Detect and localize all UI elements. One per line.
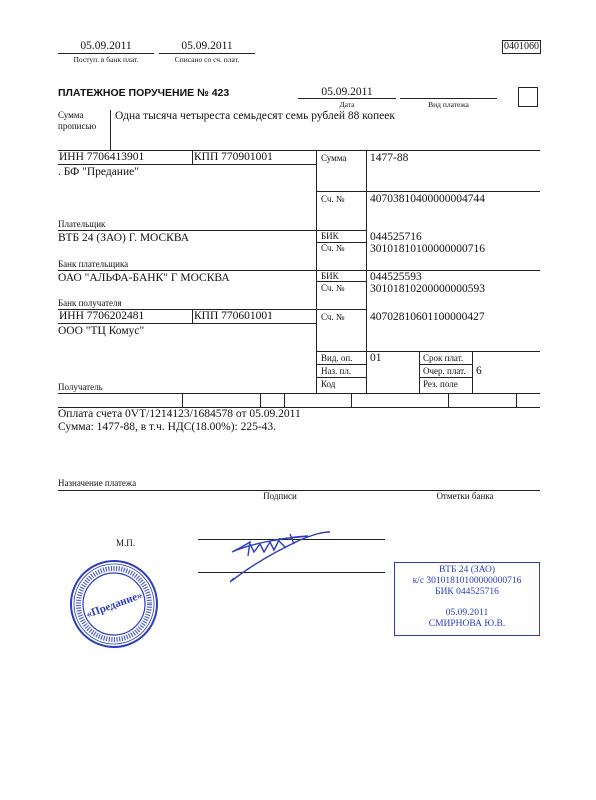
amount-value: 1477-88 — [370, 152, 408, 165]
bank-stamp-line-2: к/с 30101810100000000716 — [395, 576, 539, 587]
payer-account: 40703810400000004744 — [370, 193, 485, 206]
op-type-label: Вид. оп. — [321, 353, 352, 364]
payer-bank-account: 30101810100000000716 — [370, 243, 485, 256]
reserve-label: Рез. поле — [423, 379, 458, 390]
grid-line — [58, 164, 316, 165]
bank-stamp-line-3: БИК 044525716 — [395, 587, 539, 598]
grid-line — [419, 351, 420, 393]
seal-label: М.П. — [116, 538, 135, 549]
payee-inn: ИНН 7706202481 — [59, 310, 144, 323]
bank-stamp-line-4: 05.09.2011 — [395, 608, 539, 619]
payer-kpp: КПП 770901001 — [194, 151, 273, 164]
purpose-line-1: Оплата счета 0VT/1214123/1684578 от 05.0… — [58, 408, 301, 421]
grid-line — [316, 150, 317, 393]
seal-text: «Предание» — [85, 589, 145, 620]
grid-line — [516, 393, 517, 407]
grid-line — [192, 150, 193, 164]
divider — [400, 98, 497, 99]
grid-line — [472, 351, 473, 393]
payee-account-label: Сч. № — [321, 312, 345, 323]
amount-words-label-1: Сумма — [58, 110, 83, 121]
payer-label: Плательщик — [58, 219, 105, 230]
grid-line — [58, 270, 540, 271]
payee-bank-label: Банк получателя — [58, 298, 122, 309]
payer-bank-label: Банк плательщика — [58, 259, 128, 270]
signature-icon — [220, 530, 340, 590]
grid-line — [316, 191, 540, 192]
payer-inn: ИНН 7706413901 — [59, 151, 144, 164]
divider — [159, 53, 255, 54]
amount-words-label-2: прописью — [58, 121, 96, 132]
payee-bank-name: ОАО "АЛЬФА-БАНК" Г МОСКВА — [58, 272, 230, 285]
debited-label: Списано со сч. плат. — [159, 55, 255, 64]
bank-stamp-line-1: ВТБ 24 (ЗАО) — [395, 565, 539, 576]
grid-line — [448, 393, 449, 407]
grid-line — [419, 377, 472, 378]
grid-line — [366, 150, 367, 393]
bank-marks-label: Отметки банка — [420, 491, 510, 502]
priority-label: Очер. плат. — [423, 366, 466, 377]
payee-bik-label: БИК — [321, 271, 339, 282]
priority: 6 — [476, 365, 482, 378]
grid-line — [58, 323, 316, 324]
checkbox-square — [518, 87, 538, 107]
form-code: 0401060 — [502, 40, 541, 54]
payee-label: Получатель — [58, 382, 103, 393]
divider — [298, 98, 396, 99]
payee-bank-account: 30101810200000000593 — [370, 283, 485, 296]
grid-line — [260, 393, 261, 407]
bank-stamp: ВТБ 24 (ЗАО) к/с 30101810100000000716 БИ… — [394, 562, 540, 636]
payee-name: ООО "ТЦ Комус" — [58, 325, 144, 338]
payee-account: 40702810601100000427 — [370, 311, 485, 324]
divider — [110, 110, 111, 150]
page-title: ПЛАТЕЖНОЕ ПОРУЧЕНИЕ № 423 — [58, 87, 229, 99]
received-date: 05.09.2011 — [58, 40, 154, 53]
payer-bik-label: БИК — [321, 231, 339, 242]
purpose-line-2: Сумма: 1477-88, в т.ч. НДС(18.00%): 225-… — [58, 421, 276, 434]
date-label: Дата — [298, 100, 396, 109]
purpose-label: Назначение платежа — [58, 478, 136, 489]
seal-stamp-icon: «Предание» — [68, 558, 160, 650]
payer-bank-name: ВТБ 24 (ЗАО) Г. МОСКВА — [58, 232, 189, 245]
purpose-code-label: Наз. пл. — [321, 366, 351, 377]
grid-line — [419, 364, 472, 365]
grid-line — [58, 230, 316, 231]
payee-kpp: КПП 770601001 — [194, 310, 273, 323]
payer-bank-account-label: Сч. № — [321, 243, 345, 254]
grid-line — [316, 364, 366, 365]
op-type: 01 — [370, 352, 382, 365]
divider — [58, 53, 154, 54]
payee-bank-account-label: Сч. № — [321, 283, 345, 294]
grid-line — [316, 351, 540, 352]
grid-line — [58, 393, 540, 394]
payment-type-label: Вид платежа — [400, 100, 497, 109]
amount-words: Одна тысяча четыреста семьдесят семь руб… — [115, 110, 395, 123]
grid-line — [351, 393, 352, 407]
received-label: Поступ. в банк плат. — [58, 55, 154, 64]
payer-name: . БФ "Предание" — [58, 166, 139, 179]
payer-account-label: Сч. № — [321, 194, 345, 205]
grid-line — [182, 393, 183, 407]
grid-line — [192, 309, 193, 323]
grid-line — [316, 377, 366, 378]
code-label: Код — [321, 379, 335, 390]
grid-line — [284, 393, 285, 407]
debited-date: 05.09.2011 — [159, 40, 255, 53]
signatures-label: Подписи — [240, 491, 320, 502]
bank-stamp-line-5: СМИРНОВА Ю.В. — [395, 619, 539, 630]
due-label: Срок плат. — [423, 353, 463, 364]
amount-label: Сумма — [321, 153, 346, 164]
